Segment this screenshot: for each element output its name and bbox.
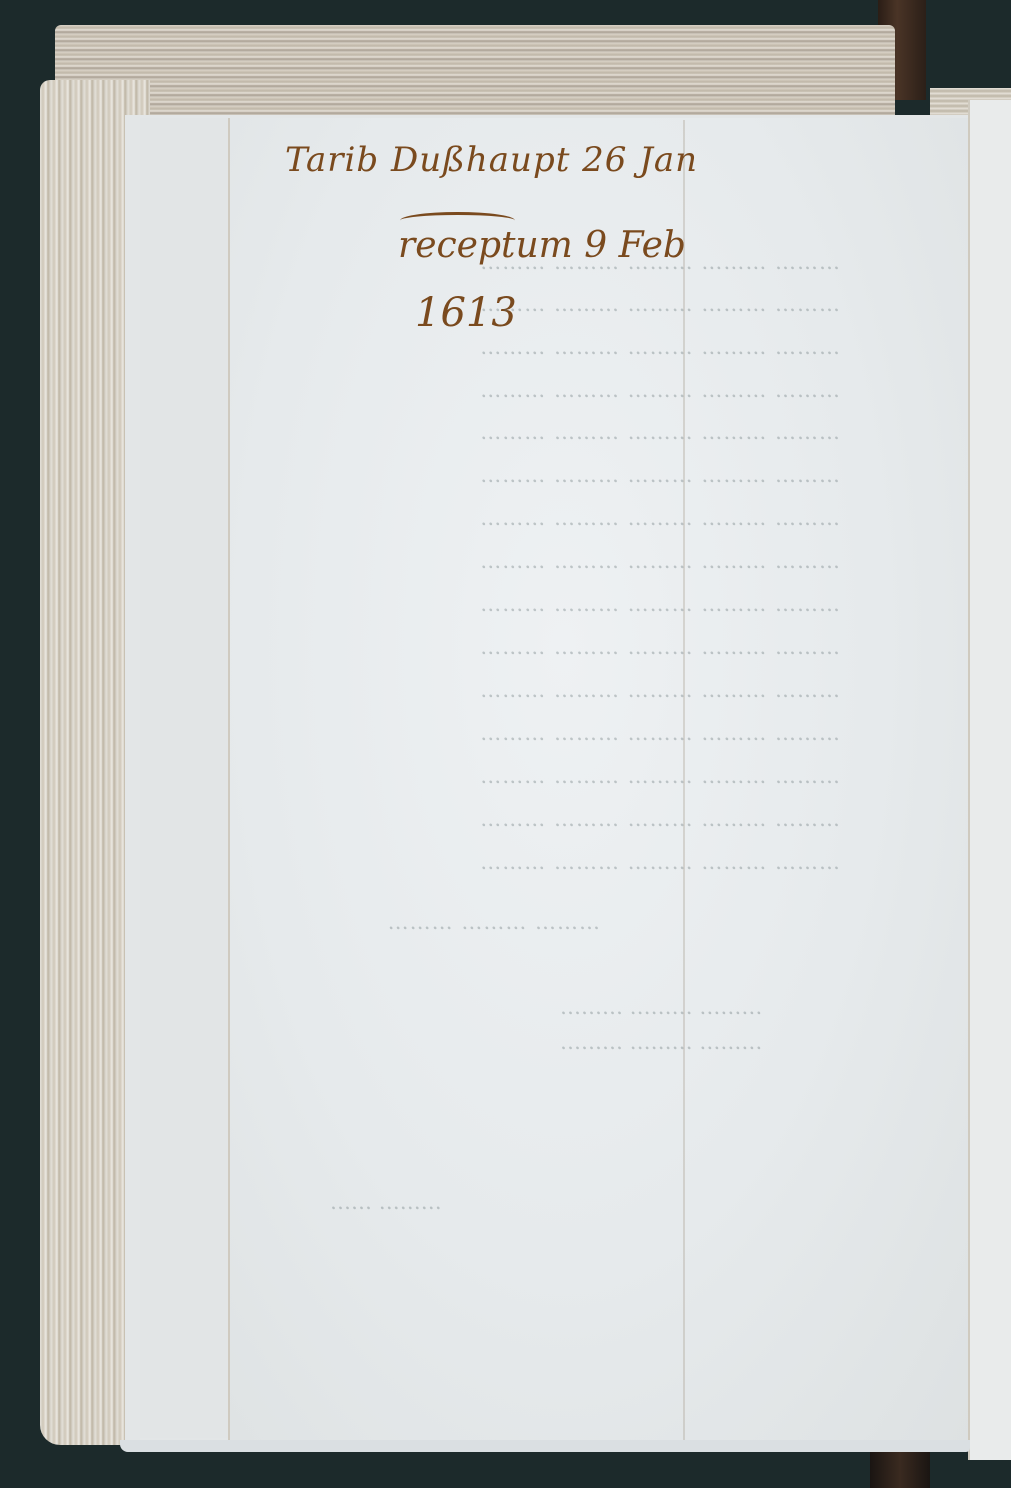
bleed-through-line: ……… ……… ……… ……… ……… (240, 592, 840, 616)
bleed-through-line: ……… ……… ……… ……… ……… (240, 463, 840, 487)
bleed-through-line: ……… ……… ……… ……… ……… (240, 850, 840, 874)
manuscript-photo: Tarib Dußhaupt 26 Jan receptum 9 Feb 161… (0, 0, 1011, 1488)
bleed-through-line: ……… ……… ……… ……… ……… (240, 335, 840, 359)
page-bottom-edge (120, 1440, 970, 1452)
bleed-through-line: ……… ……… ……… ……… ……… (240, 292, 840, 316)
docket-sender-date: Tarib Dußhaupt 26 Jan (285, 140, 698, 180)
bleed-through-line: ……… ……… ……… ……… ……… (240, 506, 840, 530)
bleed-through-line: ……… ……… ……… ……… ……… (240, 420, 840, 444)
bleed-through-line: ……… ……… ……… ……… ……… (240, 678, 840, 702)
bleed-through-line: ……… ……… ……… ……… ……… (240, 635, 840, 659)
bleed-through-line: ……… ……… ……… ……… ……… (240, 807, 840, 831)
bleed-through-line: ……… ……… ……… (300, 910, 600, 934)
bleed-through-address: ……… …… (330, 1190, 442, 1214)
book-binding-bottom (870, 1450, 930, 1488)
bleed-through-closing: ……… ……… ……… (560, 995, 762, 1019)
bleed-through-line: ……… ……… ……… ……… ……… (240, 764, 840, 788)
bleed-through-line: ……… ……… ……… ……… ……… (240, 721, 840, 745)
bleed-through-line: ……… ……… ……… ……… ……… (240, 549, 840, 573)
bleed-through-line: ……… ……… ……… ……… ……… (240, 250, 840, 274)
folded-page-margin (140, 118, 233, 1438)
facing-page (968, 100, 1011, 1460)
bleed-through-line: ……… ……… ……… ……… ……… (240, 378, 840, 402)
bleed-through-closing: ……… ……… ……… (560, 1030, 762, 1054)
